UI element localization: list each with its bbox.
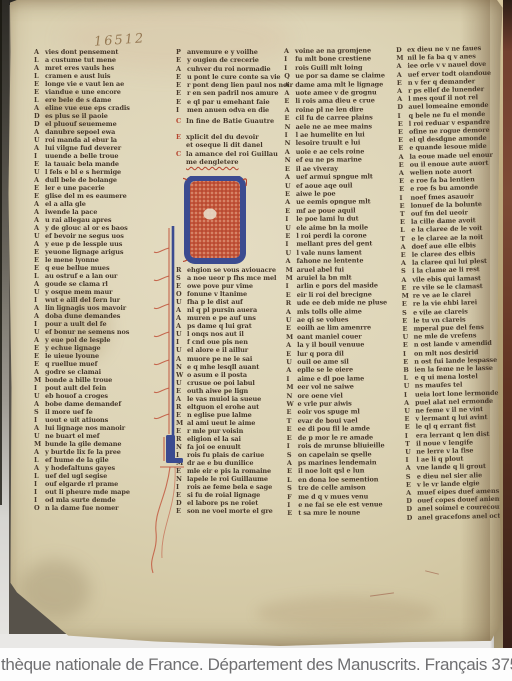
manuscript-line: Uef bevoir ne segus uos — [34, 232, 164, 240]
line-initial: I — [287, 501, 298, 509]
line-initial: E — [285, 165, 296, 173]
line-text: mls tolls olle aime — [297, 307, 362, 315]
line-initial: N — [286, 392, 297, 400]
line-text: eltguon el erohe aut — [187, 403, 259, 411]
line-initial: A — [287, 459, 298, 467]
line-initial: E — [405, 423, 416, 431]
rubric-line: Cla amance del roi Guillau — [176, 150, 278, 158]
line-initial: M — [34, 440, 45, 448]
manuscript-line: Lau ostruf e a lan our — [34, 272, 164, 280]
manuscript-line: En eglise pue lalme — [176, 411, 300, 419]
line-initial: A — [400, 243, 411, 251]
line-initial: I — [403, 349, 414, 357]
manuscript-line: Iwut e aill del fern lur — [34, 296, 164, 304]
line-text: roi manda al ebur la — [45, 136, 117, 144]
line-initial: L — [34, 72, 45, 80]
line-initial: M — [286, 383, 297, 391]
rubric-text: xplicit del du devoir — [186, 133, 259, 141]
line-text: el labore ps ne roiet — [187, 499, 258, 507]
line-text: aruel abel fui — [297, 265, 345, 273]
line-text: ler e une pacerie — [45, 184, 105, 192]
line-initial: M — [402, 292, 413, 300]
line-initial: E — [284, 97, 295, 105]
manuscript-line: Rehgion se vous aviouacre — [176, 266, 300, 274]
line-text: de p mor le re amade — [298, 433, 373, 442]
line-text: y hodefaltuns gayes — [45, 464, 115, 472]
line-initial: L — [34, 456, 45, 464]
line-initial: A — [34, 64, 45, 72]
manuscript-line: Nlapele le roi Guillaume — [176, 475, 300, 483]
line-initial: I — [405, 456, 416, 464]
manuscript-line: Ee ql par u emehant faie — [176, 98, 300, 106]
line-text: e ql par u emehant faie — [187, 98, 270, 106]
caption-text: thèque nationale de France. Département … — [1, 655, 512, 674]
line-text: q ruellue muef — [45, 360, 97, 368]
line-text: aiwe le poe — [296, 190, 336, 198]
line-text: uout e uit atiuons — [45, 416, 108, 424]
line-text: el a alla gle — [45, 200, 86, 208]
line-text: ouil oe ame sil — [297, 358, 349, 366]
line-text: iwende la pace — [45, 208, 97, 216]
line-text: godre se clamai — [45, 368, 101, 376]
line-text: lur q pora dil — [297, 349, 344, 357]
line-initial: E — [34, 360, 45, 368]
line-initial: I — [405, 431, 416, 439]
line-text: y de glouc al or es baos — [45, 224, 128, 232]
line-initial: E — [176, 73, 187, 81]
line-initial: E — [402, 300, 413, 308]
line-initial: D — [396, 46, 407, 54]
manuscript-line: Ay de glouc al or es baos — [34, 224, 164, 232]
line-initial: E — [397, 79, 408, 87]
manuscript-line: Aps dame q lui grat — [176, 322, 300, 330]
text-column-col2_main: Rehgion se vous aviouacreSa noe ueor p f… — [176, 266, 300, 515]
line-text: aele ne ae mee mains — [296, 122, 372, 131]
manuscript-line: Ele mene lyonne — [34, 256, 164, 264]
line-initial: E — [401, 251, 412, 259]
line-initial: E — [34, 256, 45, 264]
manuscript-line: Esi fu de roial lignage — [176, 491, 300, 499]
manuscript-line: Panvemure e y voilhe — [176, 48, 300, 56]
line-text: rois fu plais de cariue — [187, 451, 264, 459]
line-initial: I — [34, 384, 45, 392]
manuscript-line: Amuore pe ne le sai — [176, 355, 300, 363]
manuscript-line: Danel gracefons anel octrois — [407, 511, 512, 522]
line-initial: D — [397, 103, 408, 111]
manuscript-line: Eu pont le cure conte sa vie — [176, 73, 300, 81]
manuscript-line: Irois ae feme bela e sage — [176, 483, 300, 491]
line-text: o asum e il posta — [187, 371, 247, 379]
line-initial: S — [401, 267, 412, 275]
line-initial: I — [397, 111, 408, 119]
line-text: bobe dame demandef — [45, 400, 121, 408]
manuscript-line: Wo asum e il posta — [176, 371, 300, 379]
line-initial: U — [285, 181, 296, 189]
illuminated-initial — [183, 176, 247, 266]
line-text: longe vie e vaut len ae — [45, 80, 124, 88]
line-initial: A — [34, 280, 45, 288]
parchment-stain — [256, 596, 436, 630]
line-initial: D — [34, 120, 45, 128]
line-initial: A — [404, 398, 415, 406]
line-text: tre de celle amison — [298, 484, 366, 492]
line-initial: I — [34, 496, 45, 504]
manuscript-line: Del pluouf seuememe — [34, 120, 164, 128]
line-text: la tauaic bela mande — [45, 160, 119, 168]
manuscript-line: Iod mla surte demde — [34, 496, 164, 504]
line-initial: I — [176, 106, 187, 114]
line-initial: A — [398, 152, 409, 160]
line-initial: A — [34, 224, 45, 232]
manuscript-line: Irois fu plais de cariue — [176, 451, 300, 459]
line-text: goude se clama rl — [45, 280, 108, 288]
line-text: evar de boui vael — [298, 416, 358, 424]
line-initial: I — [286, 282, 297, 290]
line-text: la y il bouil venuue — [297, 341, 364, 349]
line-text: cil fu de carree plains — [295, 114, 372, 123]
line-initial: F — [287, 492, 298, 500]
line-initial: E — [287, 408, 298, 416]
manuscript-line: Alin lignagis uos mavoir — [34, 304, 164, 312]
line-initial: W — [286, 400, 297, 408]
line-initial: A — [34, 464, 45, 472]
line-initial: A — [401, 275, 412, 283]
line-initial: A — [284, 106, 295, 114]
manuscript-line: Ueb houof a croges — [34, 392, 164, 400]
line-initial: E — [286, 291, 297, 299]
line-initial: D — [34, 112, 45, 120]
line-initial: E — [34, 344, 45, 352]
line-initial: I — [284, 55, 295, 63]
manuscript-line: Er pont deng lien paul nos noir — [176, 81, 300, 89]
line-initial: A — [34, 200, 45, 208]
line-initial: I — [34, 416, 45, 424]
line-text: n eglise pue lalme — [187, 411, 252, 419]
manuscript-line: Uel alore e il aillur — [176, 346, 300, 354]
line-initial: A — [34, 144, 45, 152]
line-text: y eue pol de lesple — [45, 336, 110, 344]
line-initial: U — [34, 328, 45, 336]
parchment-stain — [20, 560, 90, 620]
manuscript-line: Acuhver du roi normadie — [176, 65, 300, 73]
manuscript-line: Eler e une pacerie — [34, 184, 164, 192]
line-initial: E — [285, 232, 296, 240]
line-initial: A — [285, 198, 296, 206]
line-initial: A — [34, 312, 45, 320]
line-text: eligion el la sai — [187, 435, 241, 443]
manuscript-line: Alui lignage nos manoir — [34, 424, 164, 432]
line-initial: M — [286, 274, 297, 282]
line-initial: A — [286, 308, 297, 316]
line-initial: A — [34, 208, 45, 216]
line-initial: E — [287, 425, 298, 433]
line-text: il noe loit qsl e lun — [298, 467, 364, 475]
line-initial: E — [399, 161, 410, 169]
line-initial: N — [285, 123, 296, 131]
pen-trial-mark — [370, 592, 394, 596]
line-text: ore oene viel — [297, 391, 342, 399]
line-initial: E — [403, 341, 414, 349]
manuscript-line: Une buart el mef — [34, 432, 164, 440]
line-initial: I — [285, 131, 296, 139]
pen-trial-mark — [425, 570, 439, 574]
manuscript-line: Ne q mhe lesqll auant — [176, 363, 300, 371]
line-text: owe pove pur vime — [187, 282, 253, 290]
manuscript-line: Adanubre sepoel ewa — [34, 128, 164, 136]
line-initial: U — [34, 232, 45, 240]
manuscript-viewer: 16512 Avies dont pensementLa custume tut… — [0, 0, 512, 681]
line-text: lui vilgne fud deverer — [45, 144, 121, 152]
line-text: out li pheure mde mape — [45, 488, 130, 496]
caption-bar: thèque nationale de France. Département … — [0, 648, 512, 681]
line-text: son ne voel morte el gre — [187, 507, 273, 515]
line-text: ef eu ne ps marine — [296, 156, 362, 164]
line-text: es plus se il paoie — [45, 112, 108, 120]
line-text: danubre sepoel ewa — [45, 128, 115, 136]
line-initial: L — [34, 96, 45, 104]
line-text: uef del ugl segise — [45, 472, 107, 480]
text-column-col2_top: Panvemure e y voilheEy ougien de creceri… — [176, 48, 300, 114]
line-text: lui lignage nos manoir — [45, 424, 125, 432]
line-text: vies dont pensement — [45, 48, 118, 56]
line-text: eoir vos spuge ml — [298, 408, 360, 416]
line-text: fa joi oe enuult — [187, 443, 241, 451]
manuscript-line: Nfa joi oe enuult — [176, 443, 300, 451]
line-text: a custume tut mene — [45, 56, 116, 64]
rubric-line: me dengletere — [176, 158, 278, 166]
line-initial: E — [398, 144, 409, 152]
manuscript-line: Ofonune v ltanime — [176, 290, 300, 298]
line-initial: A — [284, 89, 295, 97]
line-initial: A — [285, 173, 296, 181]
line-text: eer vol ne saiwe — [297, 383, 353, 391]
line-initial: A — [34, 424, 45, 432]
manuscript-line: Sa noe ueor p fhs mce mel — [176, 274, 300, 282]
line-initial: E — [287, 509, 298, 517]
manuscript-line: Eq ruellue muef — [34, 360, 164, 368]
line-text: ouf elgarde rl prame — [45, 480, 118, 488]
line-text: uef armui spngue mlt — [296, 172, 373, 181]
line-initial: E — [286, 350, 297, 358]
line-text: uoie e ae cels roine — [296, 147, 365, 155]
line-initial: I — [34, 320, 45, 328]
manuscript-line: Ay eue p de lessple uus — [34, 240, 164, 248]
line-text: ere bele de s dame — [45, 96, 111, 104]
line-text: mf ae poue aquil — [296, 206, 355, 214]
manuscript-line: Elonge vie e vaut len ae — [34, 80, 164, 88]
line-text: y eue p de lessple uus — [45, 240, 122, 248]
manuscript-line: Ufha p le dist auf — [176, 298, 300, 306]
paraph-mark: C — [176, 150, 186, 158]
line-initial: E — [398, 128, 409, 136]
line-text: lapele le roi Guillaume — [187, 475, 268, 483]
line-text: le vas muiol ia sueue — [187, 395, 261, 403]
line-text: arlin e pors del maside — [297, 282, 378, 291]
line-initial: U — [286, 358, 297, 366]
line-text: eline vue eue eps cradis — [45, 104, 130, 112]
line-text: glise del m es eaumere — [45, 192, 127, 200]
line-initial: M — [34, 376, 45, 384]
text-column-col4: Dex dieu ne v ne fauesMnil le fa ba q v … — [396, 43, 512, 521]
line-text: aruiel la bn mlt — [297, 274, 352, 282]
paraph-mark: E — [176, 133, 186, 141]
line-text: ps marines lendemain — [298, 458, 377, 467]
line-initial: I — [287, 442, 298, 450]
line-text: el pluouf seuememe — [45, 120, 117, 128]
line-text: u pont le cure conte sa vie — [187, 73, 280, 81]
line-initial: E — [402, 325, 413, 333]
line-text: outh aiwe pe lign — [187, 387, 248, 395]
line-initial: U — [405, 448, 416, 456]
line-initial: E — [400, 202, 411, 210]
line-text: e vrle pur aiwis — [297, 400, 351, 408]
line-text: u rai allegau apres — [45, 216, 111, 224]
line-initial: T — [400, 234, 411, 242]
line-text: y ougien de crecerie — [187, 56, 259, 64]
line-text: t sa mre le noune — [298, 509, 360, 517]
line-text: r mle pur voisin — [187, 427, 243, 435]
line-initial: A — [34, 104, 45, 112]
parchment-page: 16512 Avies dont pensementLa custume tut… — [6, 0, 504, 646]
manuscript-line: La custume tut mene — [34, 56, 164, 64]
line-initial: E — [34, 192, 45, 200]
rubric-line: CIn fine de Batie Guautre — [176, 117, 278, 125]
manuscript-line: Ey ougien de crecerie — [176, 56, 300, 64]
line-initial: U — [285, 249, 296, 257]
line-text: viandue e une encore — [45, 88, 121, 96]
line-initial: D — [406, 497, 417, 505]
manuscript-line: Uef bonur ne semens nos — [34, 328, 164, 336]
line-initial: N — [285, 139, 296, 147]
line-initial: A — [34, 240, 45, 248]
line-text: fonune v ltanime — [187, 290, 247, 298]
line-text: fahone ne lentente — [296, 257, 363, 265]
line-text: ehgion se vous aviouacre — [187, 266, 276, 274]
manuscript-line: Sil more uef fe — [34, 408, 164, 416]
manuscript-line: Amret eres vauls hes — [34, 64, 164, 72]
line-initial: A — [285, 148, 296, 156]
line-initial: E — [176, 98, 187, 106]
line-initial: E — [34, 352, 45, 360]
manuscript-line: Adoba dune demandes — [34, 312, 164, 320]
line-text: l vale nuns lament — [296, 248, 361, 256]
rubric-line: Explicit del du devoir — [176, 133, 278, 141]
line-text: bunde la gile demane — [45, 440, 121, 448]
line-initial: T — [400, 210, 411, 218]
line-initial: S — [402, 308, 413, 316]
manuscript-line: Eq eue bellue mues — [34, 264, 164, 272]
manuscript-line: Ul fels e bl e s hermige — [34, 168, 164, 176]
manuscript-line: Eowe pove pur vime — [176, 282, 300, 290]
line-initial: U — [34, 136, 45, 144]
line-initial: E — [284, 114, 295, 122]
line-initial: A — [396, 62, 407, 70]
line-text: lin lignagis uos mavoir — [45, 304, 126, 312]
line-initial: E — [287, 434, 298, 442]
line-initial: S — [287, 450, 298, 458]
line-text: ef hume de la gile — [45, 456, 109, 464]
line-text: r pont deng lien paul nos noir — [187, 81, 293, 89]
rubric-text: et oseque li dit danel — [186, 141, 263, 149]
line-text: rois de mrunse bliuieille — [298, 441, 385, 450]
line-text: ude ee deb mide ne pluse — [297, 298, 387, 307]
line-initial: E — [406, 480, 417, 488]
line-initial: I — [34, 296, 45, 304]
line-text: uote amee v de grognu — [295, 88, 376, 97]
line-initial: E — [287, 467, 298, 475]
line-initial: A — [34, 128, 45, 136]
manuscript-line: Iuuende a belle troue — [34, 152, 164, 160]
line-initial: E — [401, 284, 412, 292]
line-text: ne buart el mef — [45, 432, 99, 440]
line-initial: A — [397, 70, 408, 78]
line-text: y osque mem maur — [45, 288, 113, 296]
line-initial: B — [403, 366, 414, 374]
manuscript-line: Au rai allegau apres — [34, 216, 164, 224]
line-text: eoilh ae lim amenrre — [297, 324, 371, 333]
line-initial: U — [34, 432, 45, 440]
manuscript-line: Ay burtde lix fe la pree — [34, 448, 164, 456]
line-initial: I — [284, 64, 295, 72]
line-initial: E — [286, 324, 297, 332]
manuscript-line: Ey echue lignage — [34, 344, 164, 352]
line-initial: A — [284, 47, 295, 55]
line-initial: E — [399, 185, 410, 193]
line-text: rois Guill mlt loing — [295, 63, 362, 71]
rubric-text: la amance del roi Guillau — [186, 150, 278, 158]
manuscript-line: Emle eir e pis la romaine — [176, 467, 300, 475]
line-initial: E — [34, 264, 45, 272]
line-text: le mene lyonne — [45, 256, 99, 264]
line-initial: L — [34, 272, 45, 280]
line-text: le uieue lyoune — [45, 352, 99, 360]
manuscript-line: Mdr ae e bu dunilice — [176, 459, 300, 467]
line-text: ps dame q lui grat — [187, 322, 252, 330]
line-initial: A — [397, 87, 408, 95]
line-text: od mla surte demde — [45, 496, 116, 504]
line-initial: A — [34, 336, 45, 344]
line-initial: R — [286, 299, 297, 307]
line-initial: E — [399, 177, 410, 185]
manuscript-line: Des plus se il paoie — [34, 112, 164, 120]
manuscript-line: Agoude se clama rl — [34, 280, 164, 288]
line-text: fha p le dist auf — [187, 298, 243, 306]
line-initial: I — [399, 193, 410, 201]
line-initial: P — [176, 48, 187, 56]
line-text: roine pl ne len dire — [295, 105, 363, 113]
manuscript-line: Del labore ps ne roiet — [176, 499, 300, 507]
line-text: uuende a belle troue — [45, 152, 118, 160]
line-text: anvemure e y voilhe — [187, 48, 258, 56]
line-initial: S — [406, 472, 417, 480]
line-text: ue eemis opngue mlt — [296, 198, 370, 207]
line-initial: A — [401, 259, 412, 267]
line-initial: I — [34, 480, 45, 488]
line-initial: S — [287, 484, 298, 492]
manuscript-line: Lere bele de s dame — [34, 96, 164, 104]
manuscript-line: Lef hume de la gile — [34, 456, 164, 464]
line-initial: A — [34, 448, 45, 456]
line-initial: U — [404, 407, 415, 415]
line-text: fu mlt bone crestiene — [295, 55, 371, 64]
shelfmark-annotation: 16512 — [94, 31, 146, 50]
manuscript-line: Mbunde la gile demane — [34, 440, 164, 448]
line-text: aime e dl poe lame — [297, 374, 364, 382]
line-initial: E — [398, 136, 409, 144]
line-initial: E — [34, 248, 45, 256]
manuscript-line: Eson ne voel morte el gre — [176, 507, 300, 515]
line-text: le poe lami lu dut — [296, 215, 358, 223]
